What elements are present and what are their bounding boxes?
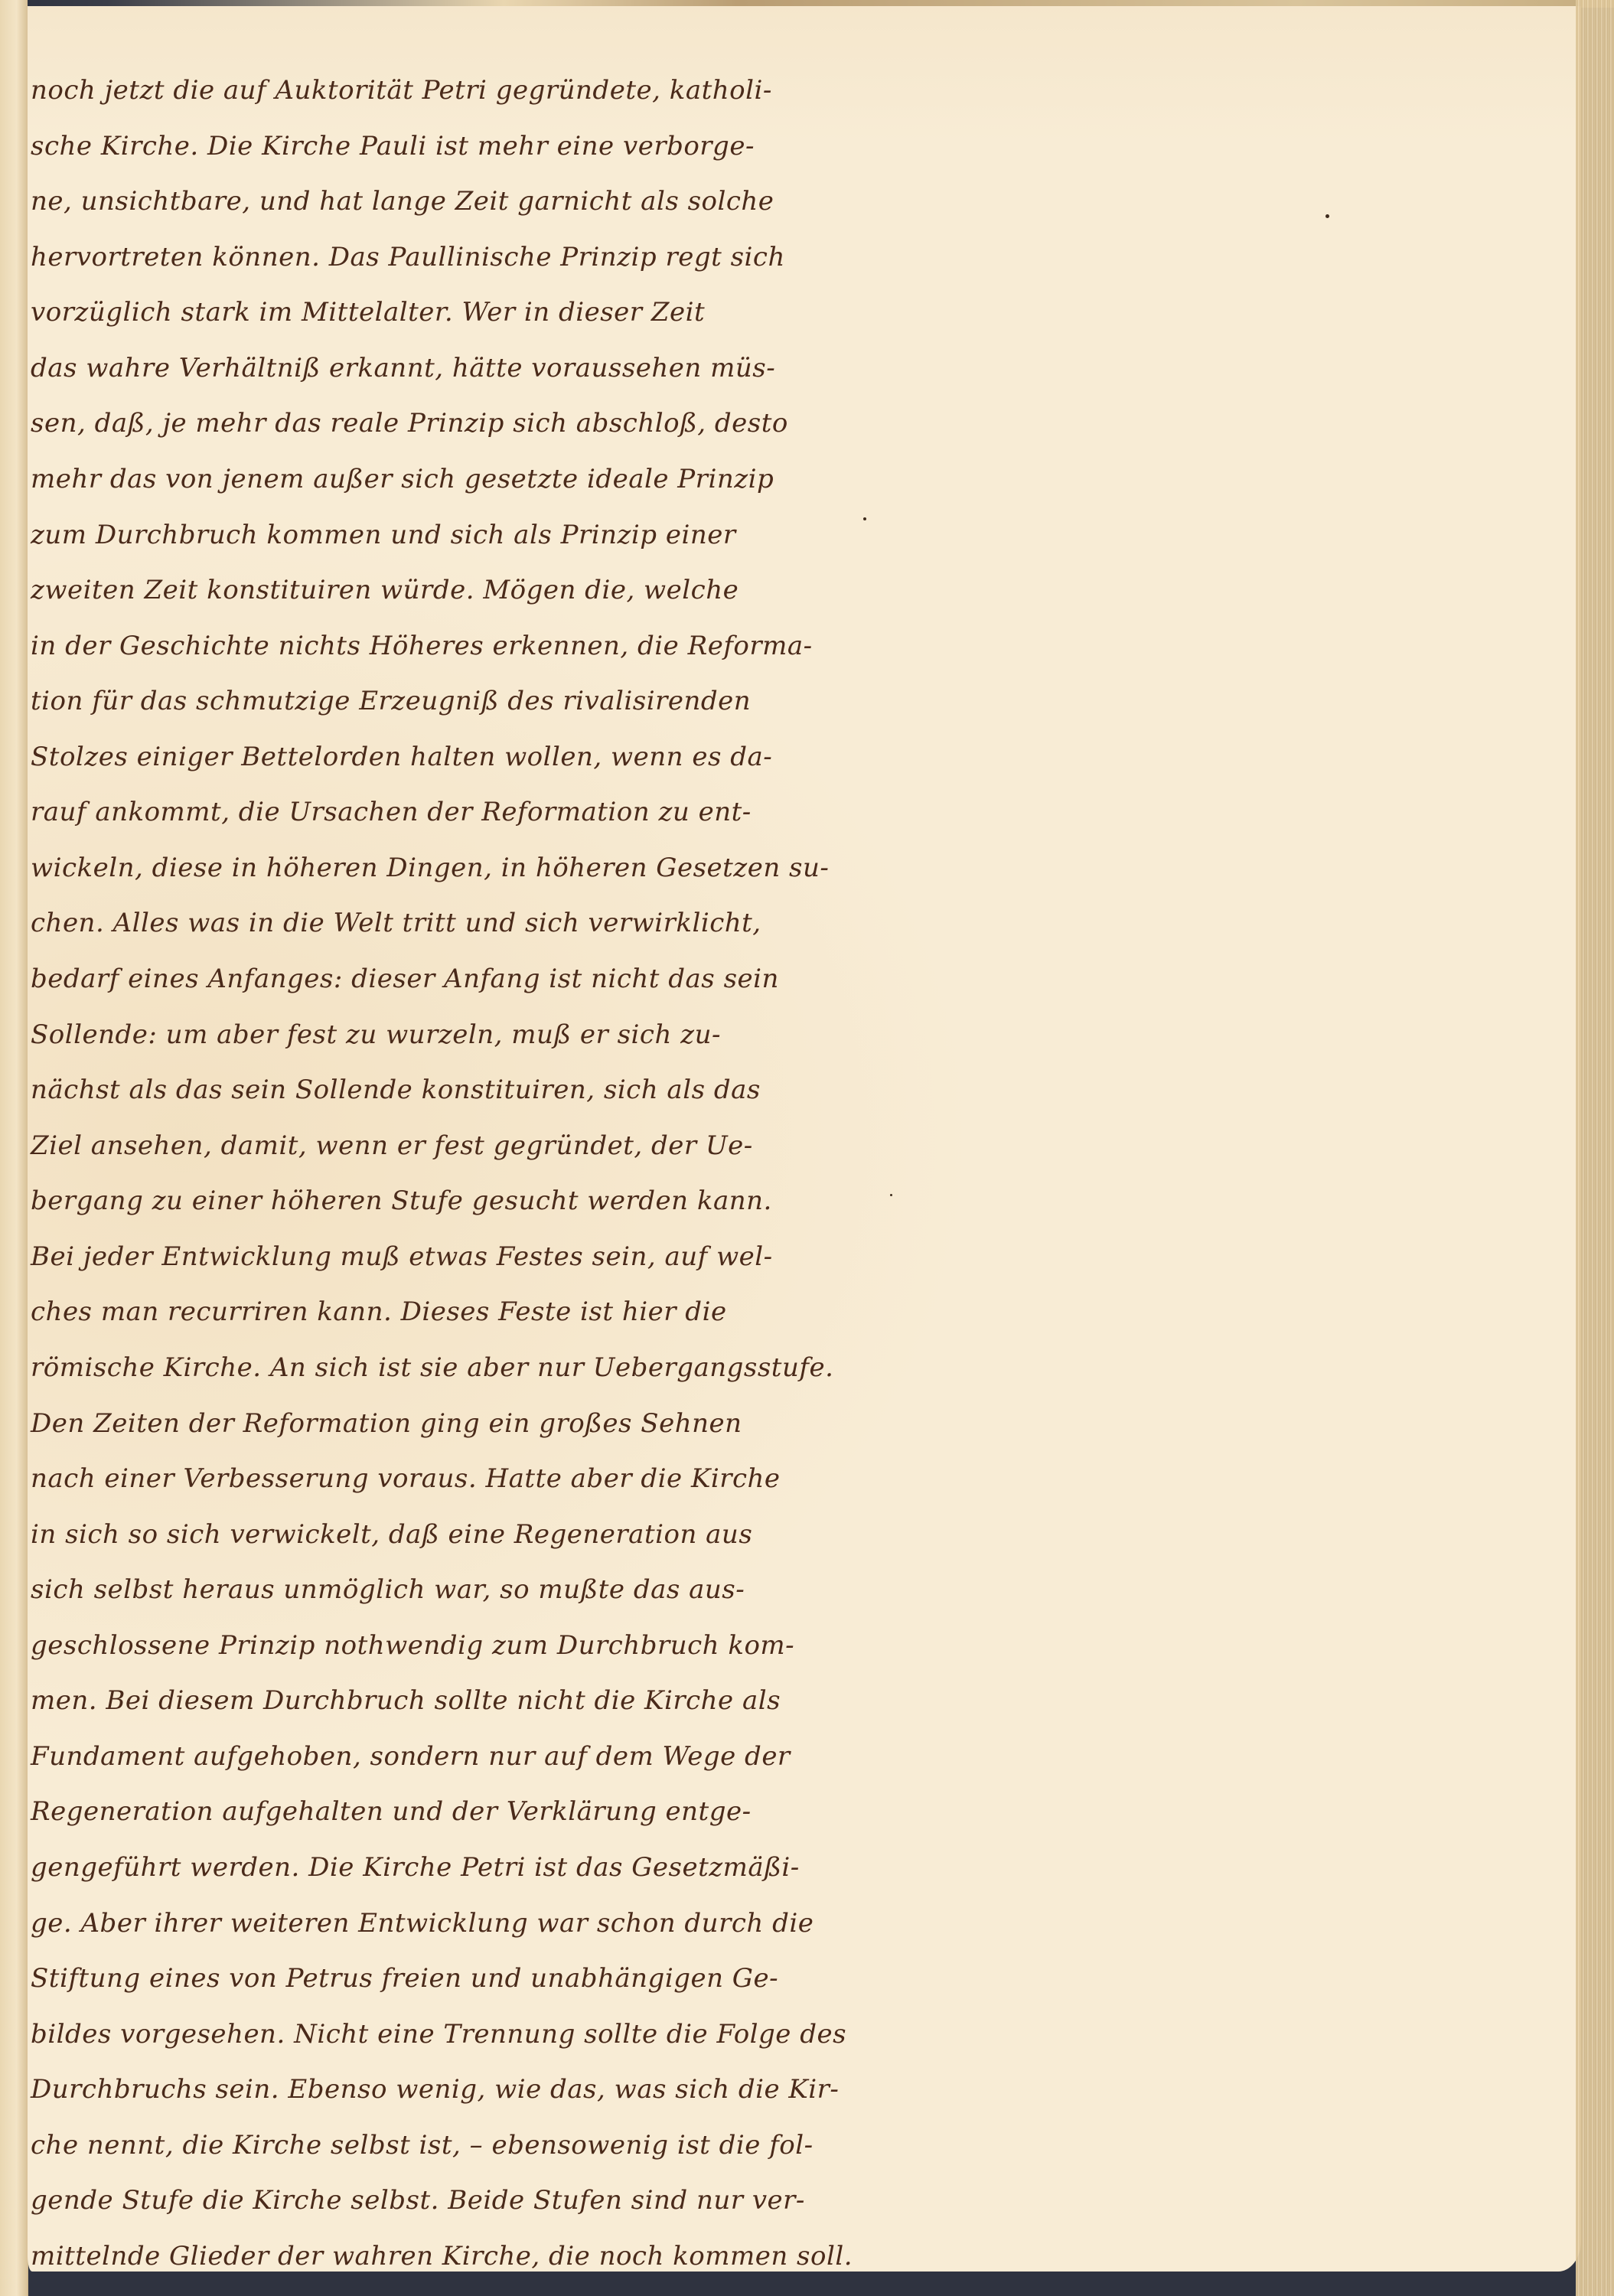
text-line: mehr das von jenem außer sich gesetzte i… [31, 452, 827, 507]
text-line: Stolzes einiger Bettelorden halten wolle… [31, 729, 827, 785]
text-line: Sollende: um aber fest zu wurzeln, muß e… [31, 1007, 827, 1063]
text-line: wickeln, diese in höheren Dingen, in höh… [31, 840, 827, 896]
text-line: sich selbst heraus unmöglich war, so muß… [31, 1562, 827, 1618]
text-line: ne, unsichtbare, und hat lange Zeit garn… [31, 174, 827, 230]
paper-speck [863, 517, 866, 520]
text-line: in sich so sich verwickelt, daß eine Reg… [31, 1507, 827, 1563]
text-line: gende Stufe die Kirche selbst. Beide Stu… [31, 2173, 827, 2229]
text-line: men. Bei diesem Durchbruch sollte nicht … [31, 1673, 827, 1729]
text-line: Regeneration aufgehalten und der Verklär… [31, 1784, 827, 1840]
text-line: chen. Alles was in die Welt tritt und si… [31, 895, 827, 951]
text-line: vorzüglich stark im Mittelalter. Wer in … [31, 285, 827, 341]
text-line: sche Kirche. Die Kirche Pauli ist mehr e… [31, 119, 827, 174]
text-line: che nennt, die Kirche selbst ist, – eben… [31, 2118, 827, 2174]
handwritten-text-block: noch jetzt die auf Auktorität Petri gegr… [31, 63, 827, 2285]
text-line: nach einer Verbesserung voraus. Hatte ab… [31, 1451, 827, 1507]
text-line: Bei jeder Entwicklung muß etwas Festes s… [31, 1229, 827, 1285]
text-line: mittelnde Glieder der wahren Kirche, die… [31, 2229, 827, 2285]
text-line: Ziel ansehen, damit, wenn er fest gegrün… [31, 1118, 827, 1174]
text-line: Fundament aufgehoben, sondern nur auf de… [31, 1729, 827, 1785]
text-line: zum Durchbruch kommen und sich als Prinz… [31, 507, 827, 563]
text-line: sen, daß, je mehr das reale Prinzip sich… [31, 396, 827, 452]
text-line: bildes vorgesehen. Nicht eine Trennung s… [31, 2007, 827, 2063]
text-line: römische Kirche. An sich ist sie aber nu… [31, 1340, 827, 1396]
text-line: geschlossene Prinzip nothwendig zum Durc… [31, 1618, 827, 1674]
text-line: Durchbruchs sein. Ebenso wenig, wie das,… [31, 2062, 827, 2118]
text-line: tion für das schmutzige Erzeugniß des ri… [31, 673, 827, 729]
text-line: in der Geschichte nichts Höheres erkenne… [31, 618, 827, 674]
page-stack-edge [1576, 0, 1614, 2296]
text-line: das wahre Verhältniß erkannt, hätte vora… [31, 341, 827, 396]
text-line: bergang zu einer höheren Stufe gesucht w… [31, 1173, 827, 1229]
text-line: ches man recurriren kann. Dieses Feste i… [31, 1284, 827, 1340]
text-line: nächst als das sein Sollende konstituire… [31, 1062, 827, 1118]
text-line: Stiftung eines von Petrus freien und una… [31, 1951, 827, 2007]
facing-page-edge [0, 0, 28, 2296]
text-line: zweiten Zeit konstituiren würde. Mögen d… [31, 563, 827, 618]
paper-speck [1325, 214, 1329, 218]
text-line: noch jetzt die auf Auktorität Petri gegr… [31, 63, 827, 119]
text-line: hervortreten können. Das Paullinische Pr… [31, 230, 827, 285]
paper-speck [890, 1194, 892, 1196]
text-line: ge. Aber ihrer weiteren Entwicklung war … [31, 1896, 827, 1952]
text-line: bedarf eines Anfanges: dieser Anfang ist… [31, 951, 827, 1007]
text-line: Den Zeiten der Reformation ging ein groß… [31, 1396, 827, 1452]
text-line: rauf ankommt, die Ursachen der Reformati… [31, 784, 827, 840]
text-line: gengeführt werden. Die Kirche Petri ist … [31, 1840, 827, 1896]
